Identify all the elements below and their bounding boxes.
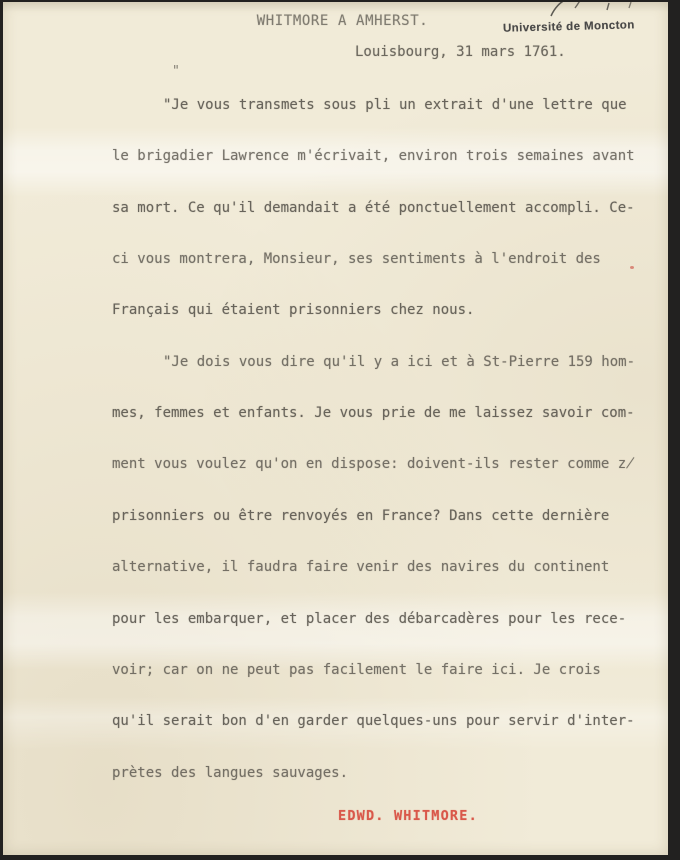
document-page: WHITMORE A AMHERST. Université de Moncto… xyxy=(3,2,668,855)
dateline: Louisbourg, 31 mars 1761. xyxy=(355,44,566,60)
letter-line: voir; car on ne peut pas facilement le f… xyxy=(112,662,601,678)
scan-background: WHITMORE A AMHERST. Université de Moncto… xyxy=(0,0,680,860)
red-speck xyxy=(630,266,634,269)
signature-stamp: EDWD. WHITMORE. xyxy=(338,808,478,824)
letter-line: prisonniers ou être renvoyés en France? … xyxy=(112,508,609,524)
handwritten-mark xyxy=(545,2,640,18)
letter-line: prètes des langues sauvages. xyxy=(112,765,348,781)
letter-line: mes, femmes et enfants. Je vous prie de … xyxy=(112,405,635,421)
letter-line: le brigadier Lawrence m'écrivait, enviro… xyxy=(112,148,635,164)
letter-line: alternative, il faudra faire venir des n… xyxy=(112,559,609,575)
university-stamp: Université de Moncton xyxy=(503,19,635,34)
letter-line: Français qui étaient prisonniers chez no… xyxy=(112,302,474,318)
letter-line: pour les embarquer, et placer des débarc… xyxy=(112,611,626,627)
stray-quote-mark: " xyxy=(172,64,180,79)
letter-line: sa mort. Ce qu'il demandait a été ponctu… xyxy=(112,200,635,216)
letter-line: "Je dois vous dire qu'il y a ici et à St… xyxy=(163,354,635,370)
letter-line: ci vous montrera, Monsieur, ses sentimen… xyxy=(112,251,601,267)
letter-line: ment vous voulez qu'on en dispose: doive… xyxy=(112,456,635,472)
letter-line: "Je vous transmets sous pli un extrait d… xyxy=(163,97,627,113)
letter-line: qu'il serait bon d'en garder quelques-un… xyxy=(112,713,635,729)
